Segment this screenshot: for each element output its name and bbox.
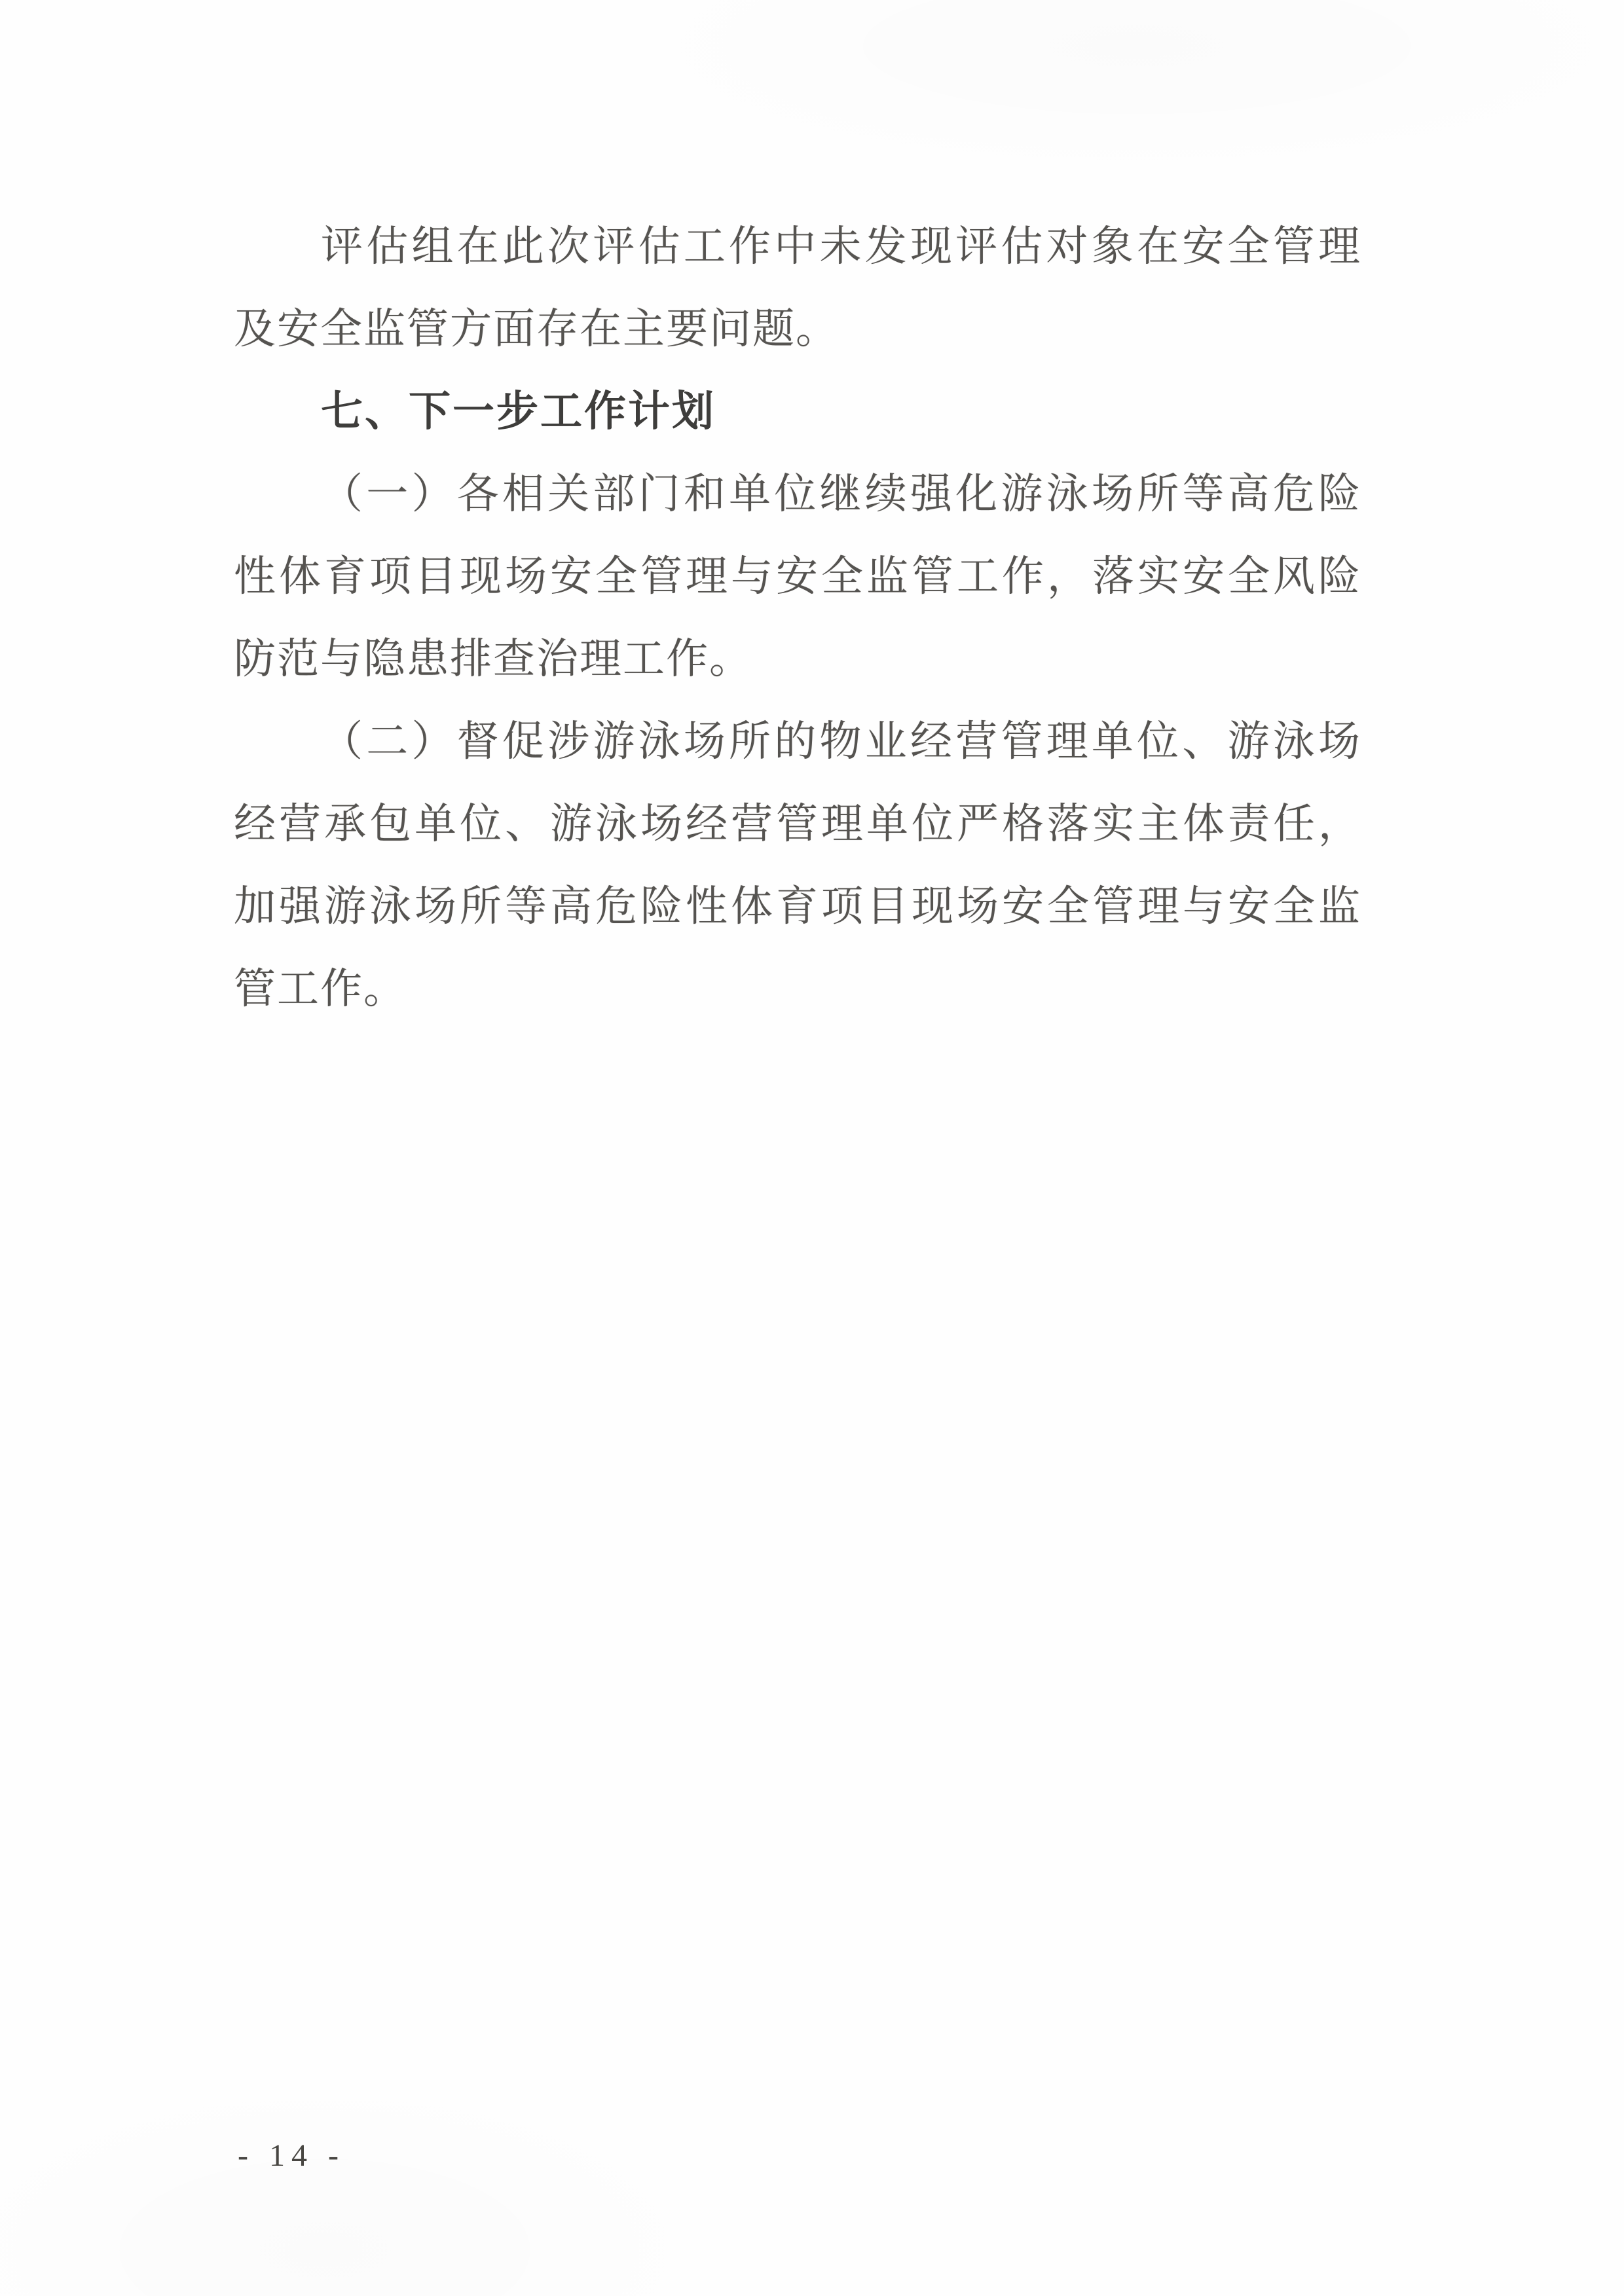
paragraph2-line1: （一）各相关部门和单位继续强化游泳场所等高危险	[234, 453, 1360, 536]
paragraph3-line1: （二）督促涉游泳场所的物业经营管理单位、游泳场	[234, 701, 1360, 783]
page-number: - 14 -	[238, 2133, 345, 2179]
section-heading: 七、下一步工作计划	[234, 371, 1360, 453]
paragraph3-line2: 经营承包单位、游泳场经营管理单位严格落实主体责任，	[234, 783, 1360, 866]
paragraph1-line1: 评估组在此次评估工作中未发现评估对象在安全管理	[234, 206, 1360, 288]
paragraph3-line4: 管工作。	[234, 948, 1360, 1030]
paragraph3-line3: 加强游泳场所等高危险性体育项目现场安全管理与安全监	[234, 866, 1360, 948]
document-page: 评估组在此次评估工作中未发现评估对象在安全管理 及安全监管方面存在主要问题。 七…	[0, 0, 1624, 2296]
paragraph1-line2: 及安全监管方面存在主要问题。	[234, 288, 1360, 371]
paragraph2-line2: 性体育项目现场安全管理与安全监管工作，落实安全风险	[234, 536, 1360, 618]
paragraph2-line3: 防范与隐患排查治理工作。	[234, 618, 1360, 701]
body-text-block: 评估组在此次评估工作中未发现评估对象在安全管理 及安全监管方面存在主要问题。 七…	[234, 206, 1360, 1030]
